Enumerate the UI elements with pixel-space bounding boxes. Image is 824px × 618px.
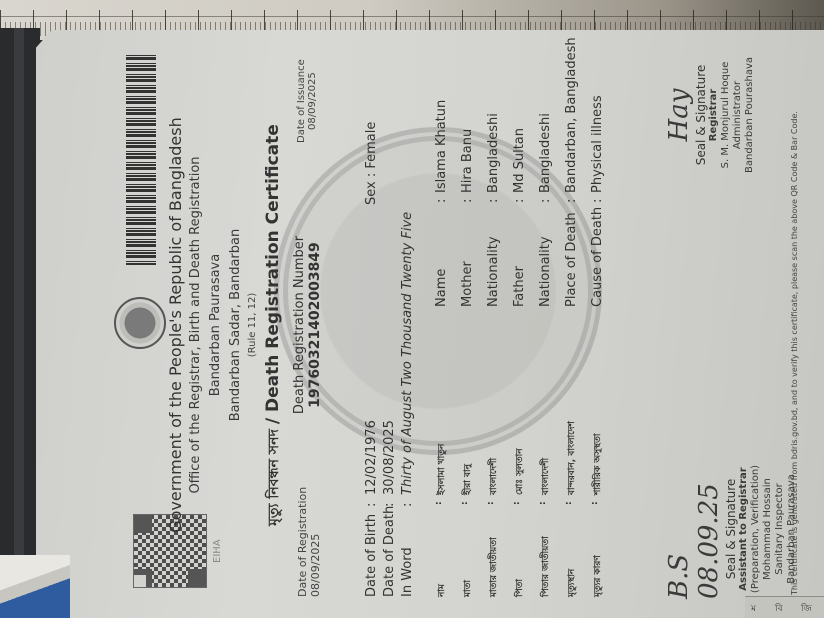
separator: : [590, 199, 605, 203]
separator: : [486, 501, 496, 505]
separator: : [486, 199, 501, 203]
field-value-bn: বাংলাদেশী [486, 458, 501, 495]
certificate-title-en: / Death Registration Certificate [263, 124, 283, 424]
separator: : [512, 199, 527, 203]
registrar-seal-label: Seal & Signature [694, 45, 708, 185]
assistant-signature-block: B.S 08.09.25 Seal & Signature Assistant … [664, 459, 798, 599]
separator: : [590, 501, 600, 505]
field-row: মাতার জাতীয়তা:বাংলাদেশীNationality:Bang… [486, 47, 512, 597]
registration-date-value: 08/09/2025 [309, 487, 322, 597]
registrar-designation: Administrator [732, 45, 744, 185]
government-title: Government of the People's Republic of B… [166, 45, 185, 605]
registrar-office: Bandarban Pourashava [744, 45, 756, 185]
field-value: Physical illness [590, 95, 605, 193]
field-value: Islama Khatun [434, 100, 449, 193]
in-word-label: In Word [400, 547, 415, 597]
field-label-bn: পিতার জাতীয়তা [538, 536, 553, 597]
separator: : [400, 503, 415, 507]
assistant-seal-label: Seal & Signature [724, 459, 738, 599]
issuance-date-block: Date of Issuance 08/09/2025 [296, 59, 318, 143]
separator: : [512, 501, 522, 505]
field-label: Father [512, 266, 527, 307]
separator: : [364, 503, 379, 507]
birth-date-value: 12/02/1976 [364, 420, 379, 495]
assistant-role: Assistant to Registrar [738, 459, 750, 599]
person-fields: নাম:ইসলামা খাতুনName:Islama Khatunমাতা:হ… [434, 47, 616, 597]
field-value-bn: মোঃ সুলতান [512, 448, 527, 495]
separator: : [564, 199, 579, 203]
field-label-bn: মাতার জাতীয়তা [486, 537, 501, 597]
field-row: নাম:ইসলামা খাতুনName:Islama Khatun [434, 47, 460, 597]
death-date-label: Date of Death [382, 506, 397, 597]
field-value: Bangladeshi [486, 113, 501, 193]
field-label: Name [434, 269, 449, 307]
assistant-designation: Sanitary Inspector [774, 459, 786, 599]
field-label: Mother [460, 261, 475, 307]
separator: : [460, 199, 475, 203]
field-label-bn: মৃত্যুস্থান [564, 569, 579, 597]
separator: : [538, 199, 553, 203]
field-value: Md Sultan [512, 128, 527, 193]
registration-number-label: Death Registration Number [292, 205, 307, 445]
registration-date-label: Date of Registration [296, 487, 309, 597]
field-label: Nationality [538, 236, 553, 307]
field-label-bn: নাম [434, 584, 449, 597]
separator: : [434, 501, 444, 505]
issuance-date-value: 08/09/2025 [307, 59, 318, 143]
field-row: মৃত্যুস্থান:বান্দরবান, বাংলাদেশPlace of … [564, 47, 590, 597]
certificate-title: মৃত্যু নিবন্ধন সনদ / Death Registration … [262, 45, 286, 605]
field-label: Cause of Death [590, 207, 605, 307]
death-date-value: 30/08/2025 [382, 420, 397, 495]
folder-corner [0, 555, 70, 618]
field-value-bn: ইসলামা খাতুন [434, 444, 449, 495]
separator: : [460, 501, 470, 505]
separator: : [538, 501, 548, 505]
government-emblem-icon [114, 297, 166, 349]
office-title: Office of the Registrar, Birth and Death… [188, 45, 203, 605]
dark-surface [0, 28, 40, 618]
certificate-title-bn: মৃত্যু নিবন্ধন সনদ [266, 429, 282, 526]
field-value-bn: বান্দরবান, বাংলাদেশ [564, 421, 579, 495]
field-row: মৃত্যুর কারণ:শারীরিক অসুস্থতাCause of De… [590, 47, 616, 597]
separator: : [382, 503, 397, 507]
in-word-value: Thirty of August Two Thousand Twenty Fiv… [400, 212, 415, 495]
assistant-signature: B.S 08.09.25 [664, 459, 724, 599]
registration-number-value: 19760321402003849 [307, 205, 323, 445]
field-value: Bangladeshi [538, 113, 553, 193]
verification-footer: This certificate is generated from bdris… [790, 111, 799, 595]
assistant-name: Mohammad Hossain [762, 459, 774, 599]
barcode-icon[interactable] [126, 55, 156, 265]
field-value: Bandarban, Bangladesh [564, 37, 579, 193]
registration-date-block: Date of Registration 08/09/2025 [296, 487, 322, 597]
registrar-name: S. M. Monjurul Hoque [720, 45, 732, 185]
field-label: Place of Death [564, 212, 579, 307]
assistant-subrole: (Preparation, Verification) [750, 459, 762, 599]
field-label-bn: পিতা [512, 579, 527, 597]
registrar-signature: Hay [664, 45, 694, 185]
rule-reference: (Rule 11, 12) [247, 45, 258, 605]
field-row: মাতা:হীরা বানুMother:Hira Banu [460, 47, 486, 597]
field-label-bn: মৃত্যুর কারণ [590, 555, 605, 597]
registrar-signature-block: Hay Seal & Signature Registrar S. M. Mon… [664, 45, 756, 185]
birth-date-label: Date of Birth [364, 514, 379, 597]
paurasava-name: Bandarban Paurasava [208, 45, 223, 605]
registrar-role: Registrar [708, 45, 720, 185]
field-value-bn: শারীরিক অসুস্থতা [590, 434, 605, 495]
separator: : [434, 199, 449, 203]
field-value-bn: হীরা বানু [460, 464, 475, 495]
field-label-bn: মাতা [460, 580, 475, 597]
issuance-date-label: Date of Issuance [296, 59, 307, 143]
separator: : [564, 501, 574, 505]
field-value-bn: বাংলাদেশী [538, 458, 553, 495]
field-label: Nationality [486, 236, 501, 307]
field-value: Hira Banu [460, 129, 475, 193]
field-row: পিতার জাতীয়তা:বাংলাদেশীNationality:Bang… [538, 47, 564, 597]
location: Bandarban Sadar, Bandarban [228, 45, 243, 605]
registration-number-block: Death Registration Number 19760321402003… [292, 205, 323, 445]
death-certificate: EIHA Government of the People's Republic… [74, 45, 814, 605]
field-row: পিতা:মোঃ সুলতানFather:Md Sultan [512, 47, 538, 597]
sex-value: Sex : Female [364, 122, 379, 205]
